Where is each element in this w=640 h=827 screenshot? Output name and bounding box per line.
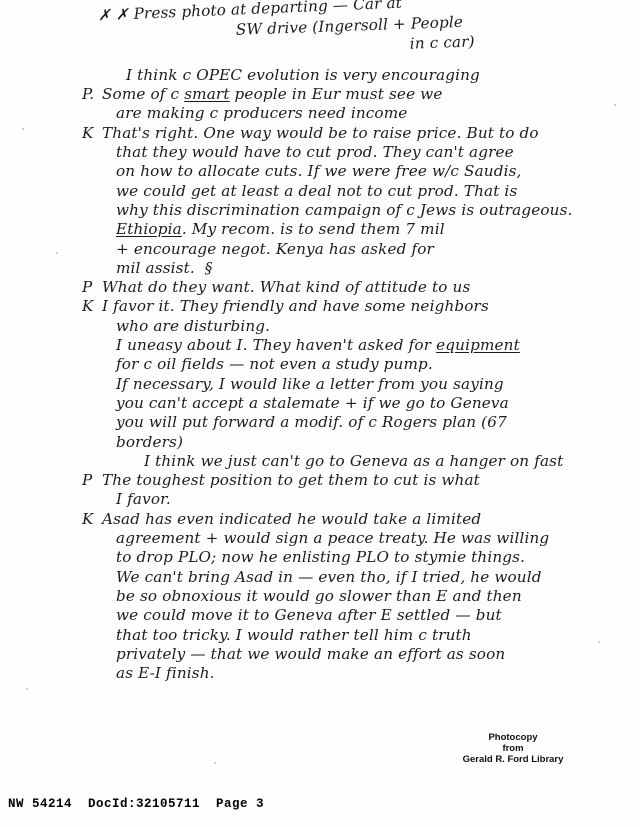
scan-speck	[26, 688, 28, 690]
photocopy-stamp: Photocopy from Gerald R. Ford Library	[443, 732, 583, 765]
handwriting-text: privately — that we would make an effort…	[116, 645, 505, 663]
handwriting-line: you can't accept a stalemate + if we go …	[58, 394, 618, 413]
handwriting-text: that too tricky. I would rather tell him…	[116, 626, 472, 644]
handwriting-text: I uneasy about I. They haven't asked for…	[116, 336, 520, 354]
speaker-label: K	[82, 297, 94, 316]
handwriting-text: are making c producers need income	[116, 104, 407, 122]
handwriting-text: I think c OPEC evolution is very encoura…	[126, 66, 480, 84]
handwriting-line: borders)	[58, 433, 618, 452]
handwriting-text: I favor it. They friendly and have some …	[102, 297, 489, 315]
handwriting-line: to drop PLO; now he enlisting PLO to sty…	[58, 548, 618, 567]
scan-speck	[388, 4, 390, 6]
handwriting-text: If necessary, I would like a letter from…	[116, 375, 504, 393]
handwriting-line: I uneasy about I. They haven't asked for…	[58, 336, 618, 355]
speaker-label: K	[82, 124, 94, 143]
handwriting-text: The toughest position to get them to cut…	[102, 471, 480, 489]
handwriting-text: be so obnoxious it would go slower than …	[116, 587, 522, 605]
handwriting-text: you can't accept a stalemate + if we go …	[116, 394, 509, 412]
handwriting-text: I favor.	[116, 490, 171, 508]
handwriting-line: be so obnoxious it would go slower than …	[58, 587, 618, 606]
scan-speck	[598, 641, 600, 643]
scan-speck	[614, 104, 616, 106]
speaker-label: P	[82, 278, 92, 297]
scanned-page: ✗ ✗ Press photo at departing — Car atSW …	[0, 0, 640, 827]
speaker-label: P.	[82, 85, 94, 104]
handwriting-line: who are disturbing.	[58, 317, 618, 336]
handwriting-line: why this discrimination campaign of c Je…	[58, 201, 618, 220]
handwriting-text: Some of c smart people in Eur must see w…	[102, 85, 442, 103]
stamp-line-3: Gerald R. Ford Library	[443, 754, 583, 765]
handwriting-text: I think we just can't go to Geneva as a …	[144, 452, 563, 470]
handwriting-text: on how to allocate cuts. If we were free…	[116, 162, 522, 180]
handwriting-text: Ethiopia. My recom. is to send them 7 mi…	[116, 220, 445, 238]
handwriting-line: KThat's right. One way would be to raise…	[58, 124, 618, 143]
handwriting-line: We can't bring Asad in — even tho, if I …	[58, 568, 618, 587]
stamp-line-1: Photocopy	[443, 732, 583, 743]
scan-speck	[214, 762, 216, 764]
handwriting-line: you will put forward a modif. of c Roger…	[58, 413, 618, 432]
handwriting-text: agreement + would sign a peace treaty. H…	[116, 529, 549, 547]
handwriting-text: to drop PLO; now he enlisting PLO to sty…	[116, 548, 525, 566]
handwriting-line: that too tricky. I would rather tell him…	[58, 626, 618, 645]
scan-speck	[56, 252, 58, 254]
handwriting-line: for c oil fields — not even a study pump…	[58, 355, 618, 374]
stamp-line-2: from	[443, 743, 583, 754]
handwriting-line: PThe toughest position to get them to cu…	[58, 471, 618, 490]
speaker-label: K	[82, 510, 94, 529]
handwriting-text: we could get at least a deal not to cut …	[116, 182, 517, 200]
handwriting-text: we could move it to Geneva after E settl…	[116, 606, 502, 624]
handwriting-line: privately — that we would make an effort…	[58, 645, 618, 664]
handwriting-line: PWhat do they want. What kind of attitud…	[58, 278, 618, 297]
handwriting-text: why this discrimination campaign of c Je…	[116, 201, 573, 219]
scan-speck	[120, 420, 122, 422]
handwriting-line: mil assist. §	[58, 259, 618, 278]
handwriting-line: as E-I finish.	[58, 664, 618, 683]
handwriting-text: that they would have to cut prod. They c…	[116, 143, 514, 161]
handwriting-text: you will put forward a modif. of c Roger…	[116, 413, 507, 431]
handwriting-text: Asad has even indicated he would take a …	[102, 510, 481, 528]
handwriting-line: KI favor it. They friendly and have some…	[58, 297, 618, 316]
handwriting-line: I favor.	[58, 490, 618, 509]
handwriting-line: on how to allocate cuts. If we were free…	[58, 162, 618, 181]
scan-speck	[22, 128, 24, 130]
speaker-label: P	[82, 471, 92, 490]
handwriting-text: as E-I finish.	[116, 664, 215, 682]
handwriting-line: we could move it to Geneva after E settl…	[58, 606, 618, 625]
archive-footer: NW 54214 DocId:32105711 Page 3	[8, 796, 264, 812]
handwriting-text: + encourage negot. Kenya has asked for	[116, 240, 434, 258]
handwriting-text: That's right. One way would be to raise …	[102, 124, 539, 142]
handwriting-text: who are disturbing.	[116, 317, 270, 335]
handwriting-line: + encourage negot. Kenya has asked for	[58, 240, 618, 259]
handwriting-block: ✗ ✗ Press photo at departing — Car atSW …	[58, 8, 618, 683]
handwriting-text: What do they want. What kind of attitude…	[102, 278, 470, 296]
scan-speck	[332, 481, 334, 483]
handwriting-line: If necessary, I would like a letter from…	[58, 375, 618, 394]
handwriting-line: agreement + would sign a peace treaty. H…	[58, 529, 618, 548]
handwriting-line: P.Some of c smart people in Eur must see…	[58, 85, 618, 104]
handwriting-text: for c oil fields — not even a study pump…	[116, 355, 433, 373]
handwriting-text: borders)	[116, 433, 183, 451]
handwriting-line: we could get at least a deal not to cut …	[58, 182, 618, 201]
handwriting-line: I think c OPEC evolution is very encoura…	[58, 66, 618, 85]
handwriting-line: are making c producers need income	[58, 104, 618, 123]
handwriting-line: that they would have to cut prod. They c…	[58, 143, 618, 162]
handwriting-line: I think we just can't go to Geneva as a …	[58, 452, 618, 471]
handwriting-text: We can't bring Asad in — even tho, if I …	[116, 568, 542, 586]
handwriting-text: in c car)	[409, 32, 474, 52]
handwriting-line: Ethiopia. My recom. is to send them 7 mi…	[58, 220, 618, 239]
handwriting-line: KAsad has even indicated he would take a…	[58, 510, 618, 529]
handwriting-text: mil assist. §	[116, 259, 213, 277]
